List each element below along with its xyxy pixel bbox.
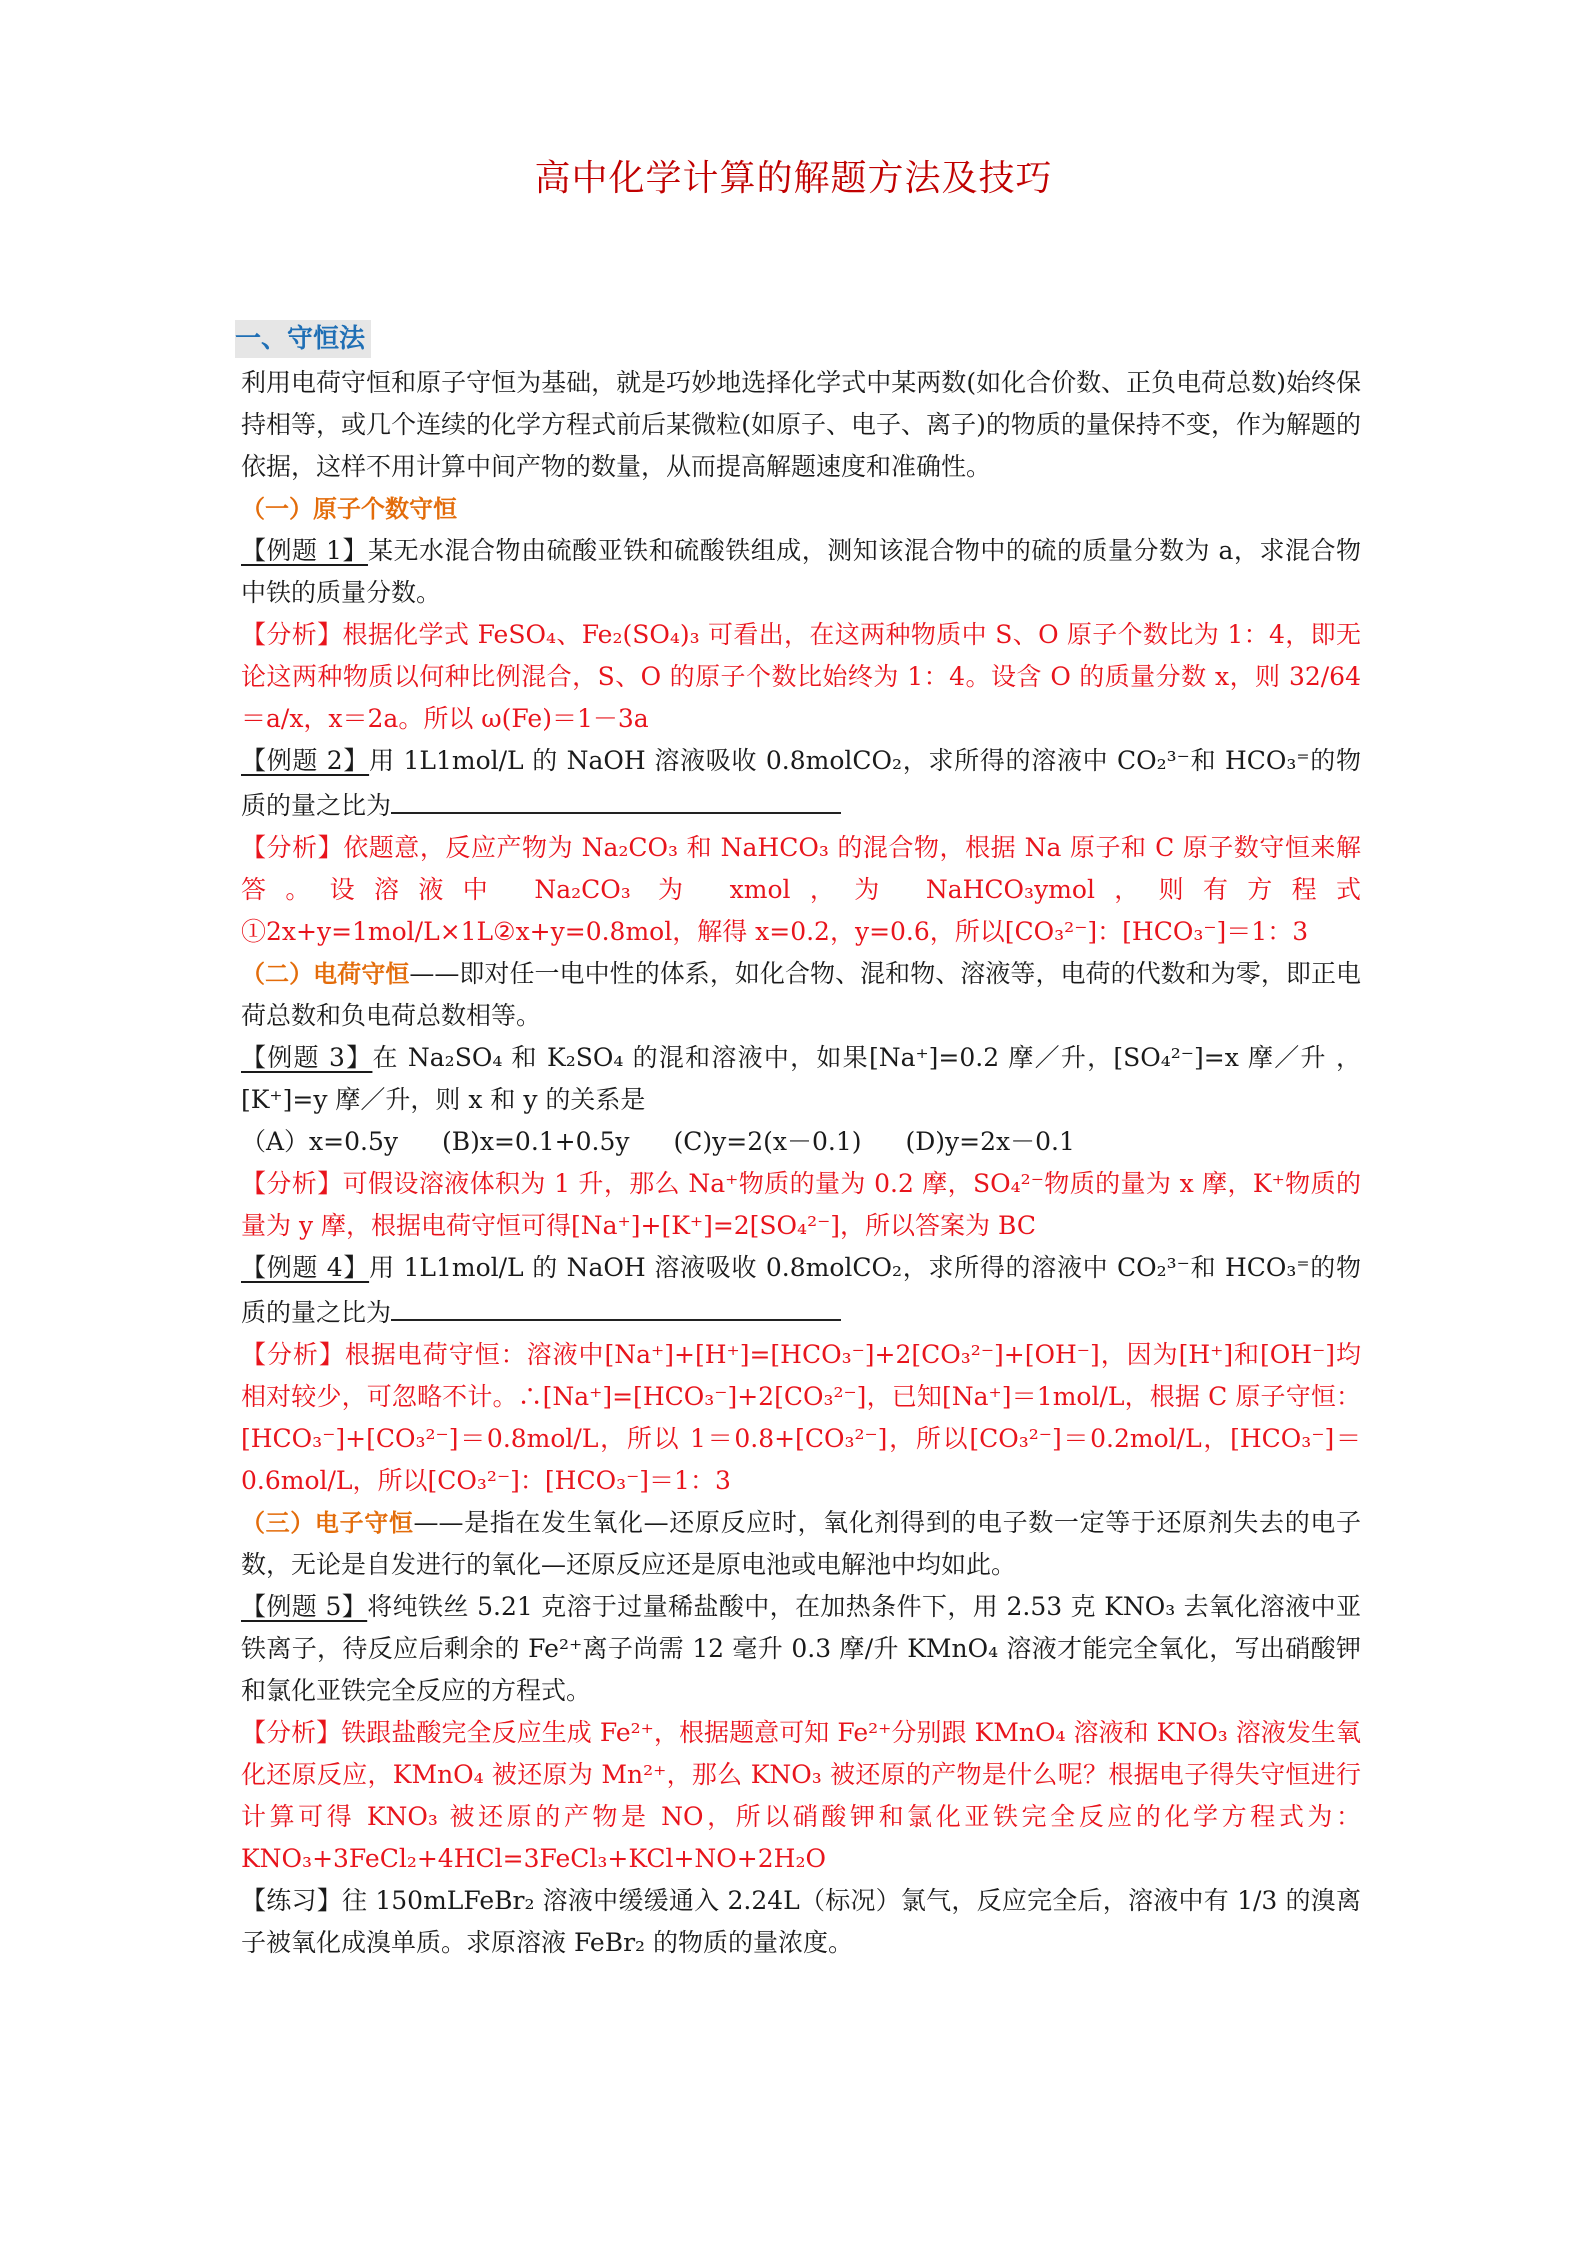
example-text: 某无水混合物由硫酸亚铁和硫酸铁组成，测知该混合物中的硫的质量分数为 a，求混合物… [241,536,1361,607]
option-a: （A）x=0.5y [241,1127,398,1156]
subsection-heading: （三）电子守恒 [241,1509,414,1537]
analysis-label: 【分析】 [241,1718,341,1747]
analysis-text: 依题意，反应产物为 Na₂CO₃ 和 NaHCO₃ 的混合物，根据 Na 原子和… [241,833,1361,946]
analysis-label: 【分析】 [241,1169,343,1198]
example-label: 【例题 2】 [241,746,369,775]
subsection-heading: （二）电荷守恒 [241,960,409,988]
answer-options: （A）x=0.5y(B)x=0.1+0.5y(C)y=2(x－0.1)(D)y=… [241,1121,1361,1163]
subsection-heading: （一）原子个数守恒 [241,495,457,523]
analysis-label: 【分析】 [241,620,342,649]
subsection-2: （二）电荷守恒——即对任一电中性的体系，如化合物、混和物、溶液等，电荷的代数和为… [241,953,1361,1037]
example-4: 【例题 4】用 1L1mol/L 的 NaOH 溶液吸收 0.8molCO₂，求… [241,1247,1361,1334]
example-label: 【例题 1】 [241,536,368,565]
answer-blank [391,782,841,814]
example-label: 【例题 4】 [241,1253,369,1282]
intro-paragraph: 利用电荷守恒和原子守恒为基础，就是巧妙地选择化学式中某两数(如化合价数、正负电荷… [241,362,1361,488]
example-label: 【例题 3】 [241,1043,372,1072]
subsection-1: （一）原子个数守恒 [241,488,1361,530]
analysis-3: 【分析】可假设溶液体积为 1 升，那么 Na⁺物质的量为 0.2 摩，SO₄²⁻… [241,1163,1361,1247]
section-heading: 一、守恒法 [235,320,371,358]
analysis-2: 【分析】依题意，反应产物为 Na₂CO₃ 和 NaHCO₃ 的混合物，根据 Na… [241,827,1361,953]
example-label: 【例题 5】 [241,1592,367,1621]
analysis-label: 【分析】 [241,833,343,862]
example-text: 在 Na₂SO₄ 和 K₂SO₄ 的混和溶液中，如果[Na⁺]=0.2 摩／升，… [241,1043,1361,1114]
example-2: 【例题 2】用 1L1mol/L 的 NaOH 溶液吸收 0.8molCO₂，求… [241,740,1361,827]
analysis-label: 【分析】 [241,1340,345,1369]
option-c: (C)y=2(x－0.1) [674,1127,862,1156]
document-body: 一、守恒法 利用电荷守恒和原子守恒为基础，就是巧妙地选择化学式中某两数(如化合价… [241,318,1361,1964]
subsection-3: （三）电子守恒——是指在发生氧化—还原反应时，氧化剂得到的电子数一定等于还原剂失… [241,1502,1361,1586]
analysis-4: 【分析】根据电荷守恒：溶液中[Na⁺]+[H⁺]=[HCO₃⁻]+2[CO₃²⁻… [241,1334,1361,1502]
option-d: (D)y=2x－0.1 [905,1127,1074,1156]
option-b: (B)x=0.1+0.5y [442,1127,630,1156]
example-text: 将纯铁丝 5.21 克溶于过量稀盐酸中，在加热条件下，用 2.53 克 KNO₃… [241,1592,1361,1705]
analysis-1: 【分析】根据化学式 FeSO₄、Fe₂(SO₄)₃ 可看出，在这两种物质中 S、… [241,614,1361,740]
example-3: 【例题 3】在 Na₂SO₄ 和 K₂SO₄ 的混和溶液中，如果[Na⁺]=0.… [241,1037,1361,1121]
analysis-text: 根据电荷守恒：溶液中[Na⁺]+[H⁺]=[HCO₃⁻]+2[CO₃²⁻]+[O… [241,1340,1361,1495]
example-5: 【例题 5】将纯铁丝 5.21 克溶于过量稀盐酸中，在加热条件下，用 2.53 … [241,1586,1361,1712]
practice-label: 【练习】 [241,1886,342,1915]
practice: 【练习】往 150mLFeBr₂ 溶液中缓缓通入 2.24L（标况）氯气，反应完… [241,1880,1361,1964]
subsection-text: ——即对任一电中性的体系，如化合物、混和物、溶液等，电荷的代数和为零，即正电荷总… [241,959,1361,1030]
practice-text: 往 150mLFeBr₂ 溶液中缓缓通入 2.24L（标况）氯气，反应完全后，溶… [241,1886,1361,1957]
document-title: 高中化学计算的解题方法及技巧 [0,150,1587,201]
answer-blank [391,1289,841,1321]
document-page: 高中化学计算的解题方法及技巧 一、守恒法 利用电荷守恒和原子守恒为基础，就是巧妙… [0,0,1587,2245]
analysis-text: 可假设溶液体积为 1 升，那么 Na⁺物质的量为 0.2 摩，SO₄²⁻物质的量… [241,1169,1361,1240]
analysis-text: 根据化学式 FeSO₄、Fe₂(SO₄)₃ 可看出，在这两种物质中 S、O 原子… [241,620,1361,733]
example-1: 【例题 1】某无水混合物由硫酸亚铁和硫酸铁组成，测知该混合物中的硫的质量分数为 … [241,530,1361,614]
analysis-text: 铁跟盐酸完全反应生成 Fe²⁺，根据题意可知 Fe²⁺分别跟 KMnO₄ 溶液和… [241,1718,1361,1873]
analysis-5: 【分析】铁跟盐酸完全反应生成 Fe²⁺，根据题意可知 Fe²⁺分别跟 KMnO₄… [241,1712,1361,1880]
